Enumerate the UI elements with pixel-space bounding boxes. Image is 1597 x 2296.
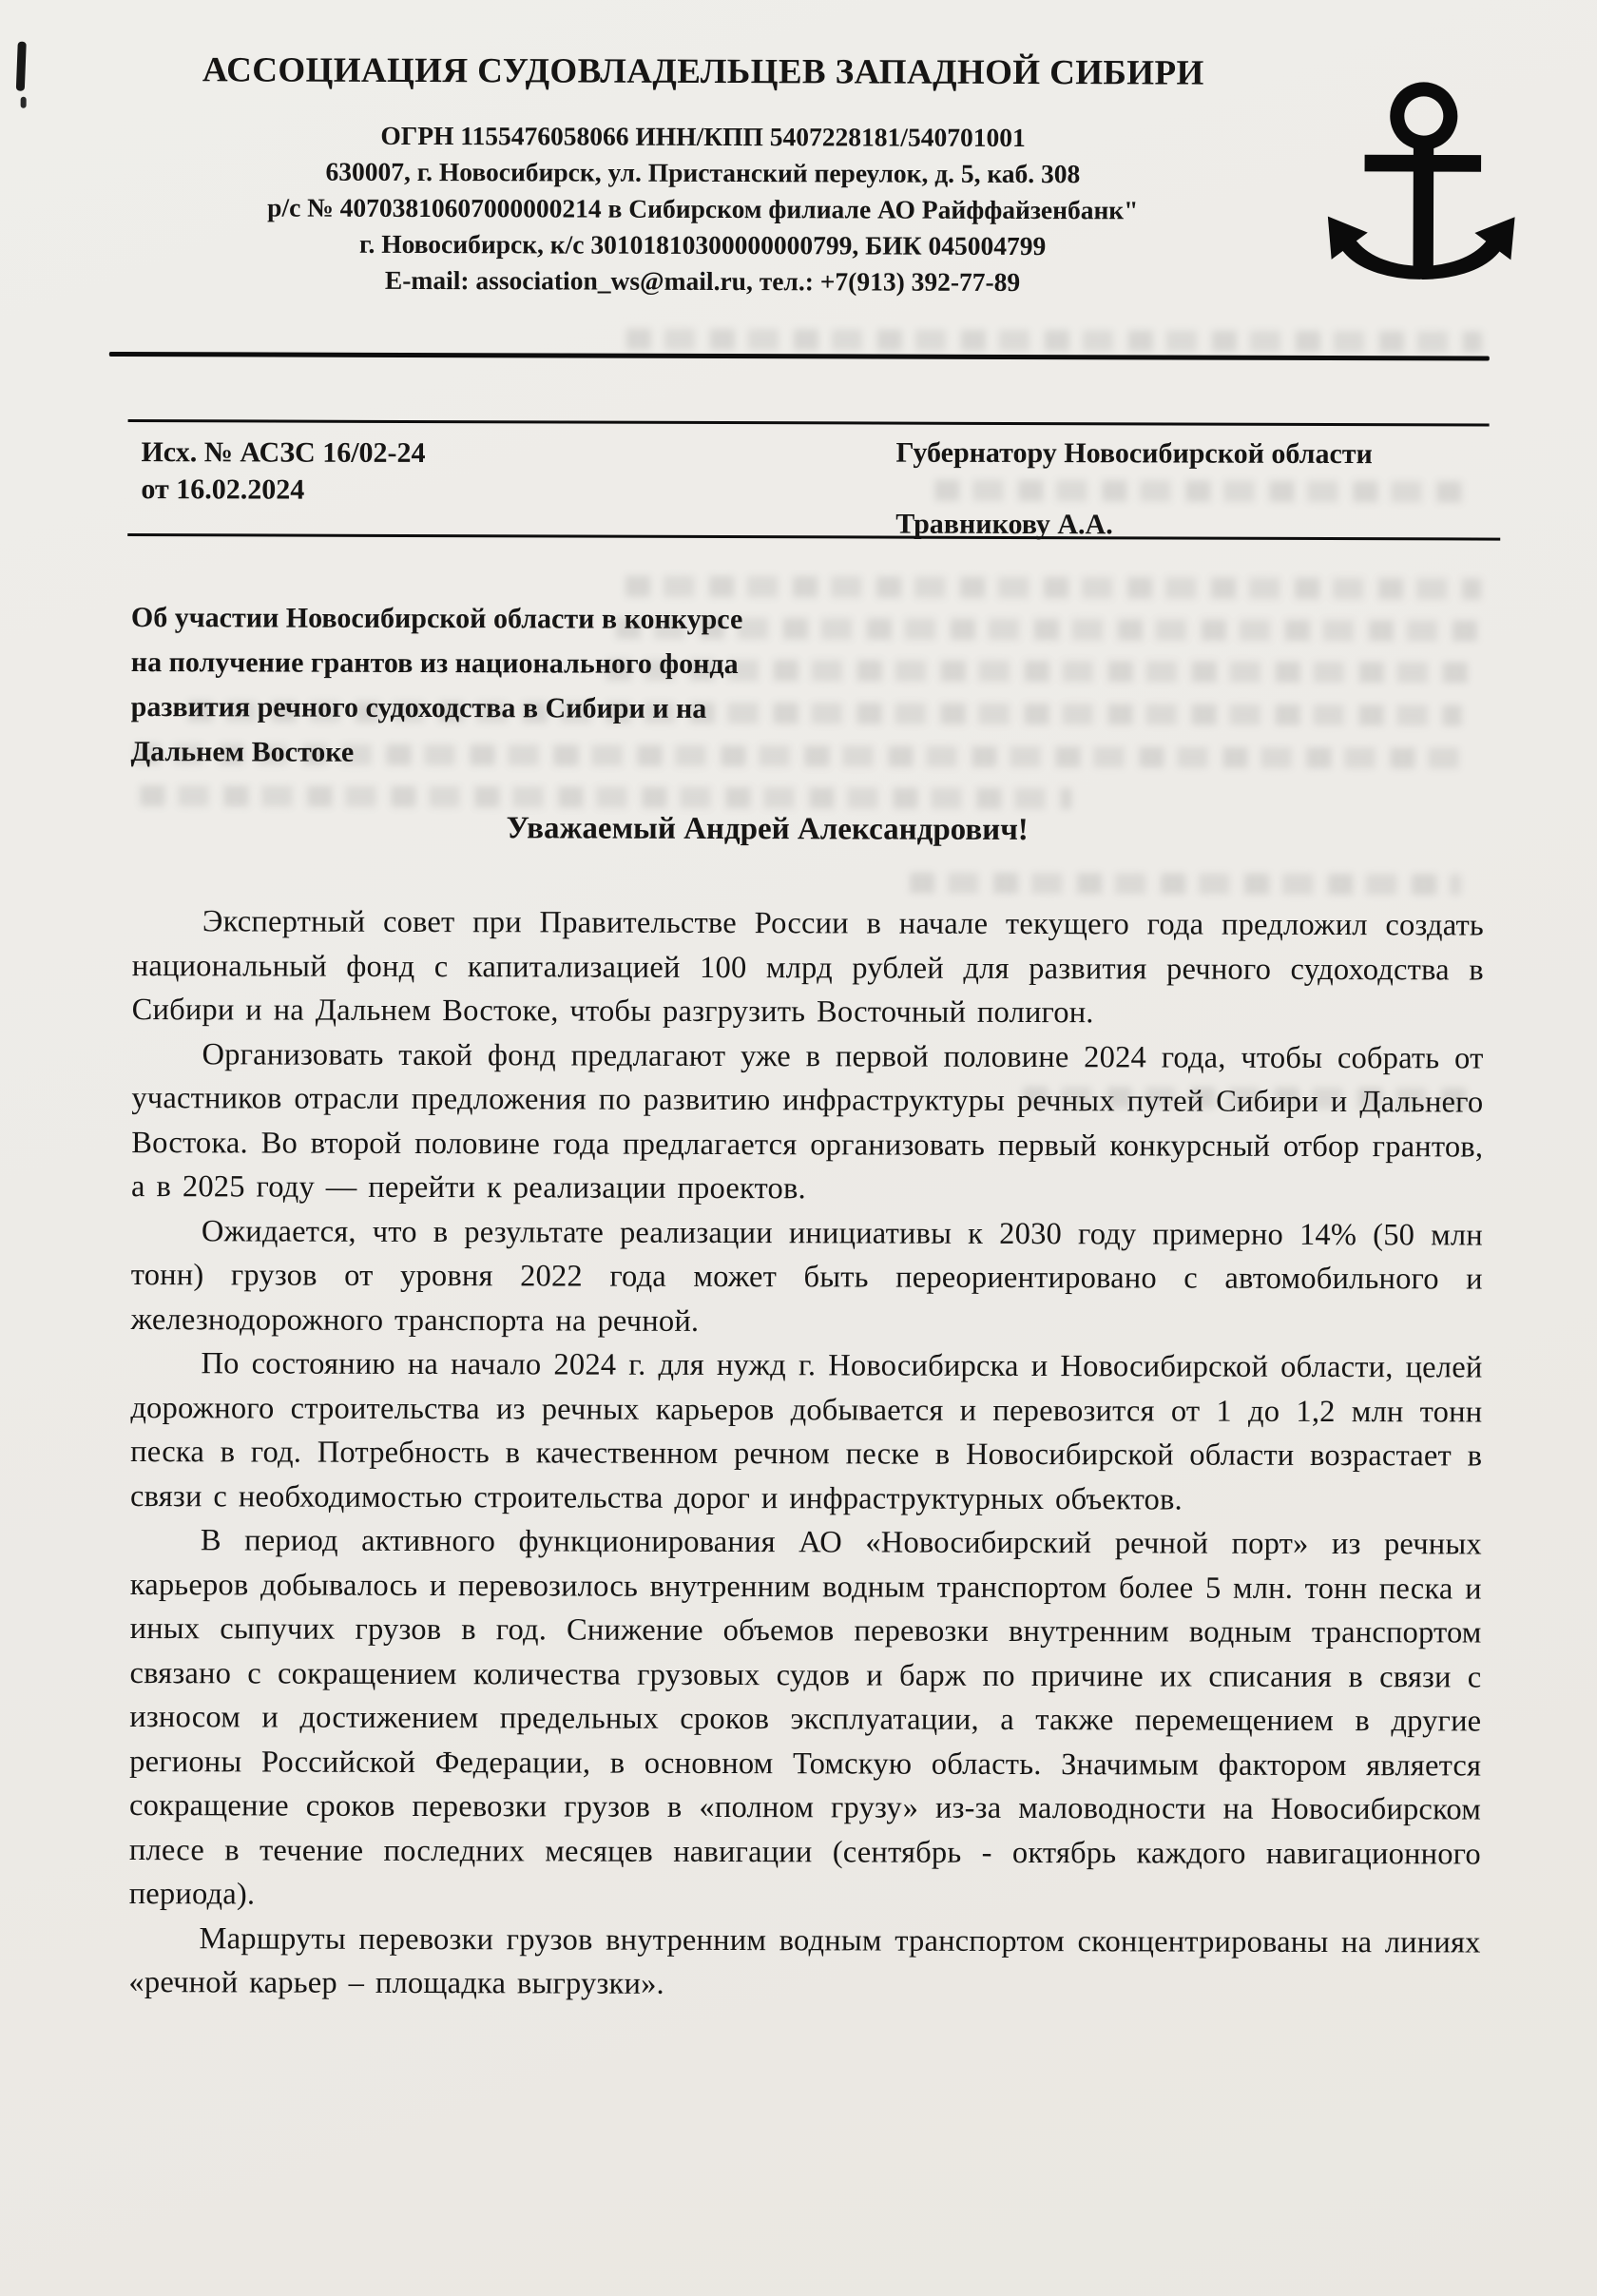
reference-block: Исх. № АСЗС 16/02-24 от 16.02.2024 Губер… (141, 434, 1483, 543)
letter-body: Экспертный совет при Правительстве Росси… (128, 899, 1484, 2009)
letterhead: АССОЦИАЦИЯ СУДОВЛАДЕЛЬЦЕВ ЗАПАДНОЙ СИБИР… (111, 38, 1549, 343)
letterhead-text: АССОЦИАЦИЯ СУДОВЛАДЕЛЬЦЕВ ЗАПАДНОЙ СИБИР… (111, 38, 1295, 301)
scan-pen-mark (16, 42, 27, 91)
body-paragraph: В период активного функционирования АО «… (129, 1518, 1482, 1920)
bleed-through-artifact (910, 873, 1461, 896)
subject-line: Дальнем Востоке (130, 729, 742, 776)
body-paragraph: Маршруты перевозки грузов внутренним вод… (128, 1917, 1480, 2009)
bleed-through-artifact (616, 618, 1481, 642)
reference-number: Исх. № АСЗС 16/02-24 (141, 434, 425, 472)
requisite-line-address: 630007, г. Новосибирск, ул. Пристанский … (111, 153, 1294, 193)
reference-top-rule (128, 419, 1490, 426)
organization-requisites: ОГРН 1155476058066 ИНН/КПП 5407228181/54… (111, 117, 1295, 301)
addressee-position: Губернатору Новосибирской области (895, 436, 1483, 473)
subject-line: на получение грантов из национального фо… (131, 640, 743, 686)
addressee-block: Губернатору Новосибирской области Травни… (895, 436, 1483, 544)
organization-name: АССОЦИАЦИЯ СУДОВЛАДЕЛЬЦЕВ ЗАПАДНОЙ СИБИР… (112, 49, 1295, 94)
anchor-icon: ⚓ (1301, 29, 1541, 343)
bleed-through-artifact (625, 576, 1481, 600)
subject-line: развития речного судоходства в Сибири и … (131, 685, 743, 731)
body-paragraph: По состоянию на начало 2024 г. для нужд … (130, 1341, 1483, 1522)
header-divider-rule (109, 352, 1490, 361)
page-content: АССОЦИАЦИЯ СУДОВЛАДЕЛЬЦЕВ ЗАПАДНОЙ СИБИР… (0, 0, 1597, 2296)
scanned-letter-page: АССОЦИАЦИЯ СУДОВЛАДЕЛЬЦЕВ ЗАПАДНОЙ СИБИР… (0, 0, 1597, 2296)
requisite-line-corr-account: г. Новосибирск, к/с 30101810300000000799… (111, 225, 1294, 265)
subject-block: Об участии Новосибирской области в конку… (130, 595, 742, 776)
subject-line: Об участии Новосибирской области в конку… (131, 595, 743, 642)
salutation: Уважаемый Андрей Александрович! (130, 810, 1404, 849)
body-paragraph: Организовать такой фонд предлагают уже в… (131, 1032, 1484, 1213)
addressee-name: Травникову А.А. (895, 508, 1483, 544)
outgoing-reference: Исх. № АСЗС 16/02-24 от 16.02.2024 (141, 434, 425, 540)
organization-logo: ⚓ (1294, 29, 1549, 343)
requisite-line-ogrn-inn: ОГРН 1155476058066 ИНН/КПП 5407228181/54… (111, 117, 1294, 157)
bleed-through-artifact (140, 785, 1071, 809)
body-paragraph: Ожидается, что в результате реализации и… (131, 1209, 1483, 1346)
body-paragraph: Экспертный совет при Правительстве Росси… (132, 899, 1484, 1036)
requisite-line-account: р/с № 40703810607000000214 в Сибирском ф… (111, 189, 1294, 229)
requisite-line-email-phone: E-mail: association_ws@mail.ru, тел.: +7… (111, 261, 1294, 301)
scan-pen-dot (21, 97, 27, 108)
reference-date: от 16.02.2024 (141, 471, 425, 509)
